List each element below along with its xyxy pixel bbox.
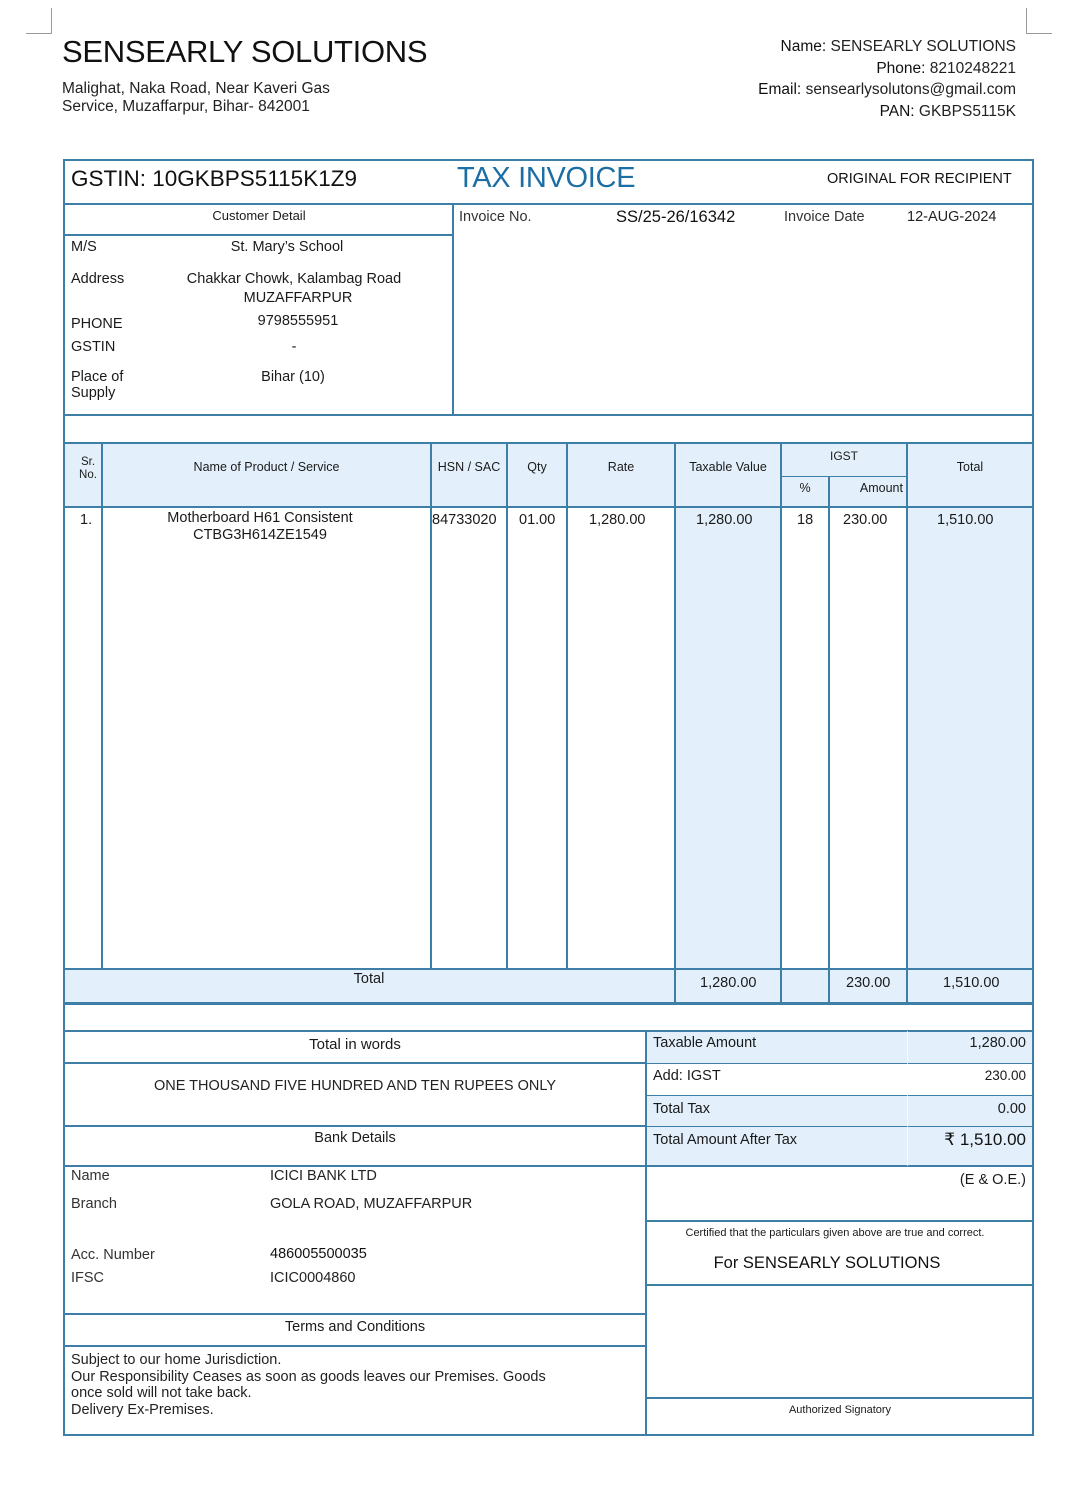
place-label-line: Place of <box>71 369 123 385</box>
divider <box>646 1165 1033 1167</box>
divider <box>646 1095 1033 1096</box>
company-address-line: Service, Muzaffarpur, Bihar- 842001 <box>62 98 330 116</box>
page-corner-mark-right <box>1026 8 1052 34</box>
summary-igst-value: 230.00 <box>880 1068 1026 1083</box>
place-of-supply-value: Bihar (10) <box>193 369 393 385</box>
eoe-note: (E & O.E.) <box>880 1172 1026 1188</box>
invoice-date: 12-AUG-2024 <box>907 209 996 225</box>
invoice-date-label: Invoice Date <box>784 209 865 225</box>
terms-title: Terms and Conditions <box>65 1319 645 1335</box>
divider <box>63 1313 646 1315</box>
totals-label: Total <box>65 971 673 987</box>
contact-email-label: Email: <box>758 81 801 98</box>
ms-label: M/S <box>71 239 97 255</box>
terms-line: Subject to our home Jurisdiction. <box>71 1352 546 1369</box>
summary-grand-total-label: Total Amount After Tax <box>653 1132 797 1148</box>
divider <box>63 1345 646 1347</box>
item-total: 1,510.00 <box>937 512 993 528</box>
place-label-line: Supply <box>71 385 123 401</box>
customer-gstin-label: GSTIN <box>71 339 115 355</box>
contact-name-label: Name: <box>781 38 827 55</box>
total-in-words-title: Total in words <box>65 1036 645 1053</box>
company-address-line: Malighat, Naka Road, Near Kaveri Gas <box>62 80 330 98</box>
divider <box>63 1062 646 1064</box>
border-bottom <box>63 1434 1034 1436</box>
contact-pan: PAN: GKBPS5115K <box>758 101 1016 123</box>
col-header-rate: Rate <box>568 460 674 474</box>
divider <box>101 442 103 969</box>
invoice-number: SS/25-26/16342 <box>616 208 735 227</box>
contact-email-value: sensearlysolutons@gmail.com <box>806 81 1016 98</box>
bank-name-label: Name <box>71 1168 110 1184</box>
divider <box>63 234 453 236</box>
divider <box>674 442 676 1003</box>
for-company: For SENSEARLY SOLUTIONS <box>647 1254 1007 1273</box>
divider <box>646 1397 1033 1399</box>
bank-details-title: Bank Details <box>65 1130 645 1146</box>
contact-phone-label: Phone: <box>876 60 925 77</box>
terms-line: Our Responsibility Ceases as soon as goo… <box>71 1369 546 1386</box>
border-right <box>1032 159 1034 1436</box>
contact-name-value: SENSEARLY SOLUTIONS <box>831 38 1017 55</box>
contact-pan-value: GKBPS5115K <box>919 103 1016 120</box>
divider <box>63 203 1034 205</box>
address-line-2: MUZAFFARPUR <box>174 290 422 306</box>
summary-taxable-label: Taxable Amount <box>653 1035 756 1051</box>
col-header-total: Total <box>908 460 1032 474</box>
divider <box>63 968 1034 970</box>
contact-phone-value: 8210248221 <box>930 60 1016 77</box>
divider <box>63 414 1034 416</box>
contact-pan-label: PAN: <box>880 103 915 120</box>
seller-gstin: GSTIN: 10GKBPS5115K1Z9 <box>71 166 357 192</box>
bank-ifsc-value: ICIC0004860 <box>270 1270 355 1286</box>
address-line-1: Chakkar Chowk, Kalambag Road <box>174 271 414 287</box>
col-header-qty: Qty <box>508 460 566 474</box>
bank-account-label: Acc. Number <box>71 1247 155 1263</box>
divider <box>646 1126 1033 1127</box>
summary-igst-label: Add: IGST <box>653 1068 721 1084</box>
divider <box>63 506 1034 508</box>
company-contact: Name: SENSEARLY SOLUTIONS Phone: 8210248… <box>758 36 1016 122</box>
customer-detail-title: Customer Detail <box>65 208 453 223</box>
certification-statement: Certified that the particulars given abo… <box>647 1227 1023 1239</box>
ms-value: St. Mary’s School <box>187 239 387 255</box>
item-serial: CTBG3H614ZE1549 <box>110 527 410 544</box>
item-taxable-value: 1,280.00 <box>696 512 752 528</box>
item-name: Motherboard H61 Consistent CTBG3H614ZE15… <box>110 510 410 543</box>
border-top <box>63 159 1034 161</box>
summary-total-tax-value: 0.00 <box>880 1101 1026 1117</box>
border-left <box>63 159 65 1436</box>
divider <box>646 1220 1033 1222</box>
address-label: Address <box>71 271 124 287</box>
page-corner-mark-left <box>26 8 52 34</box>
bank-branch-label: Branch <box>71 1196 117 1212</box>
col-header-igst-amount: Amount <box>830 481 903 495</box>
divider <box>646 1063 1033 1064</box>
divider <box>781 476 907 477</box>
totals-total: 1,510.00 <box>943 975 999 991</box>
summary-taxable-value: 1,280.00 <box>880 1035 1026 1051</box>
company-address: Malighat, Naka Road, Near Kaveri Gas Ser… <box>62 80 330 116</box>
terms-line: Delivery Ex-Premises. <box>71 1402 546 1419</box>
col-header-taxable-value: Taxable Value <box>676 460 780 474</box>
col-header-name: Name of Product / Service <box>103 460 430 474</box>
taxable-column-fill <box>675 507 781 969</box>
bank-ifsc-label: IFSC <box>71 1270 104 1286</box>
divider <box>63 1165 646 1167</box>
authorized-signatory: Authorized Signatory <box>647 1404 1033 1416</box>
divider <box>780 442 782 1003</box>
col-header-igst: IGST <box>782 449 906 463</box>
phone-value: 9798555951 <box>198 313 398 329</box>
total-in-words-value: ONE THOUSAND FIVE HUNDRED AND TEN RUPEES… <box>65 1078 645 1094</box>
copy-type: ORIGINAL FOR RECIPIENT <box>827 171 1012 187</box>
bank-name-value: ICICI BANK LTD <box>270 1168 377 1184</box>
divider <box>646 1284 1033 1286</box>
bank-account-value: 486005500035 <box>270 1246 367 1262</box>
divider <box>506 442 508 969</box>
item-sr-no: 1. <box>80 512 92 528</box>
summary-grand-total-value: ₹ 1,510.00 <box>860 1130 1026 1150</box>
divider <box>63 442 1034 444</box>
place-of-supply-label: Place of Supply <box>71 369 123 401</box>
bank-branch-value: GOLA ROAD, MUZAFFARPUR <box>270 1196 472 1212</box>
item-hsn: 84733020 <box>432 512 497 528</box>
divider <box>906 442 908 1003</box>
invoice-number-label: Invoice No. <box>459 209 532 225</box>
contact-email: Email: sensearlysolutons@gmail.com <box>758 79 1016 101</box>
item-qty: 01.00 <box>519 512 555 528</box>
item-igst-pct: 18 <box>797 512 813 528</box>
totals-taxable-value: 1,280.00 <box>700 975 756 991</box>
contact-phone: Phone: 8210248221 <box>758 58 1016 80</box>
summary-total-tax-label: Total Tax <box>653 1101 710 1117</box>
document-title: TAX INVOICE <box>457 162 635 195</box>
item-igst-amount: 230.00 <box>843 512 887 528</box>
total-column-fill <box>907 507 1032 969</box>
col-header-hsn: HSN / SAC <box>432 460 506 474</box>
customer-gstin-value: - <box>194 339 394 355</box>
totals-igst-amount: 230.00 <box>846 975 890 991</box>
item-name-line: Motherboard H61 Consistent <box>110 510 410 527</box>
col-header-igst-pct: % <box>782 481 828 495</box>
terms-text: Subject to our home Jurisdiction. Our Re… <box>71 1352 546 1418</box>
company-name: SENSEARLY SOLUTIONS <box>62 34 427 70</box>
divider <box>63 1030 1034 1032</box>
divider <box>566 442 568 969</box>
divider <box>828 476 830 1003</box>
phone-label: PHONE <box>71 316 123 332</box>
divider <box>63 1125 646 1127</box>
contact-name: Name: SENSEARLY SOLUTIONS <box>758 36 1016 58</box>
item-rate: 1,280.00 <box>589 512 645 528</box>
divider <box>63 1002 1034 1005</box>
terms-line: once sold will not take back. <box>71 1385 546 1402</box>
